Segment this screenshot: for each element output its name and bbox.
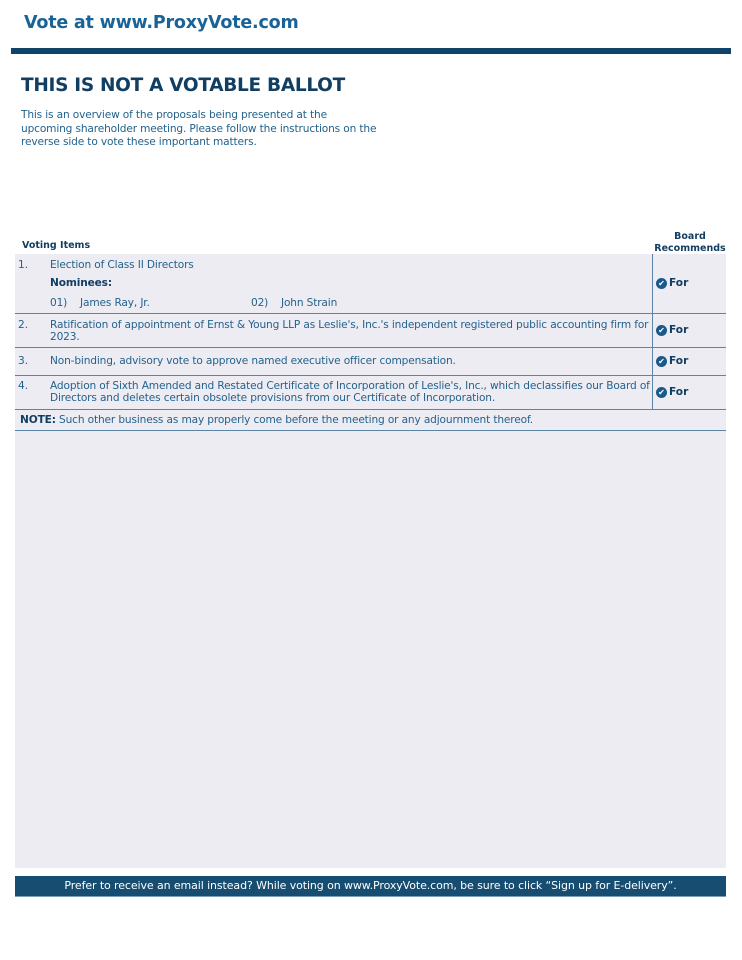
recommendation-2: ✔ For <box>656 324 688 336</box>
nominee-2-number: 02) <box>251 297 268 309</box>
header-divider <box>11 48 731 54</box>
check-circle-icon: ✔ <box>656 278 667 289</box>
note-label: NOTE: <box>20 414 56 426</box>
recommendation-4: ✔ For <box>656 386 688 398</box>
item-number: 4. <box>18 380 28 392</box>
voting-items-header: Voting Items <box>22 240 90 251</box>
voting-item-1: 1. Election of Class II Directors Nomine… <box>15 254 726 314</box>
check-circle-icon: ✔ <box>656 387 667 398</box>
item-text: Non-binding, advisory vote to approve na… <box>50 355 650 367</box>
note-row: NOTE: Such other business as may properl… <box>15 410 726 431</box>
nominees-label: Nominees: <box>50 277 650 289</box>
note-body: Such other business as may properly come… <box>56 414 533 426</box>
item-number: 2. <box>18 319 28 331</box>
recommendation-label: For <box>669 355 688 367</box>
note-text: NOTE: Such other business as may properl… <box>20 414 720 426</box>
recommendation-label: For <box>669 324 688 336</box>
intro-text: This is an overview of the proposals bei… <box>21 109 381 150</box>
voting-item-3: 3. Non-binding, advisory vote to approve… <box>15 348 726 376</box>
nominee-1-number: 01) <box>50 297 67 309</box>
nominee-2-name: John Strain <box>281 297 337 309</box>
item-text: Election of Class II Directors <box>50 259 650 271</box>
recommendation-1: ✔ For <box>656 277 688 289</box>
proxyvote-link[interactable]: Vote at www.ProxyVote.com <box>24 13 299 33</box>
board-recommends-header: Board Recommends <box>652 231 728 254</box>
nominee-1-name: James Ray, Jr. <box>80 297 150 309</box>
item-number: 1. <box>18 259 28 271</box>
voting-item-2: 2. Ratification of appointment of Ernst … <box>15 314 726 348</box>
e-delivery-banner: Prefer to receive an email instead? Whil… <box>15 876 726 897</box>
board-column-divider <box>652 254 653 409</box>
item-number: 3. <box>18 355 28 367</box>
recommendation-3: ✔ For <box>656 355 688 367</box>
recommendation-label: For <box>669 386 688 398</box>
check-circle-icon: ✔ <box>656 325 667 336</box>
recommendation-label: For <box>669 277 688 289</box>
item-text: Ratification of appointment of Ernst & Y… <box>50 319 655 343</box>
item-text: Adoption of Sixth Amended and Restated C… <box>50 380 650 404</box>
check-circle-icon: ✔ <box>656 356 667 367</box>
page-title: THIS IS NOT A VOTABLE BALLOT <box>21 75 345 96</box>
voting-item-4: 4. Adoption of Sixth Amended and Restate… <box>15 376 726 410</box>
